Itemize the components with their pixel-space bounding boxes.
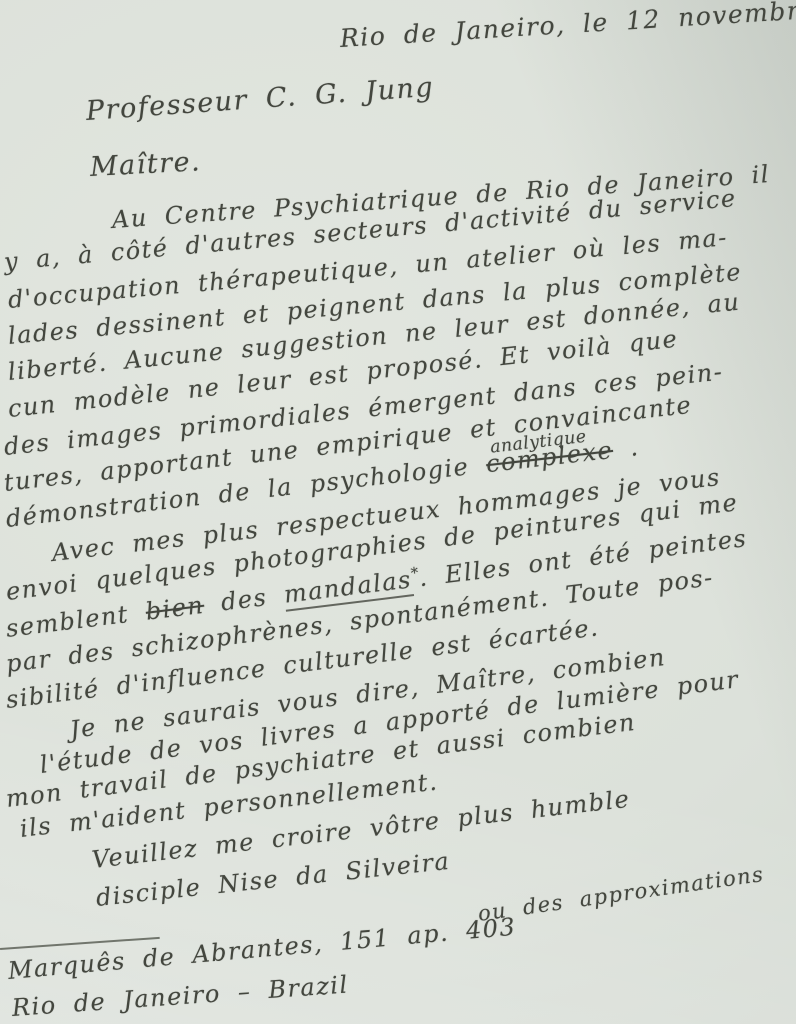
recipient-line: Professeur C. G. Jung (85, 72, 435, 127)
text-segment: Professeur C. G. Jung (85, 72, 435, 127)
correction-stack: analytiquecomplexe (485, 436, 615, 478)
letter-photo: Rio de Janeiro, le 12 novembre 195Profes… (0, 0, 796, 1024)
text-segment: ou des approximations (476, 862, 765, 926)
struck-word: bien (144, 591, 206, 626)
annotation-line: ou des approximations (476, 862, 765, 926)
text-segment: Maître. (89, 146, 202, 183)
text-segment: . (611, 433, 640, 464)
dateline: Rio de Janeiro, le 12 novembre 195 (339, 0, 796, 53)
text-segment: Marquês de Abrantes, 151 ap. 403 (7, 913, 518, 985)
text-segment: des (202, 581, 285, 619)
salutation-line: Maître. (89, 146, 202, 183)
text-segment: Rio de Janeiro, le 12 novembre 195 (339, 0, 796, 53)
address-line: Marquês de Abrantes, 151 ap. 403 (7, 913, 518, 985)
